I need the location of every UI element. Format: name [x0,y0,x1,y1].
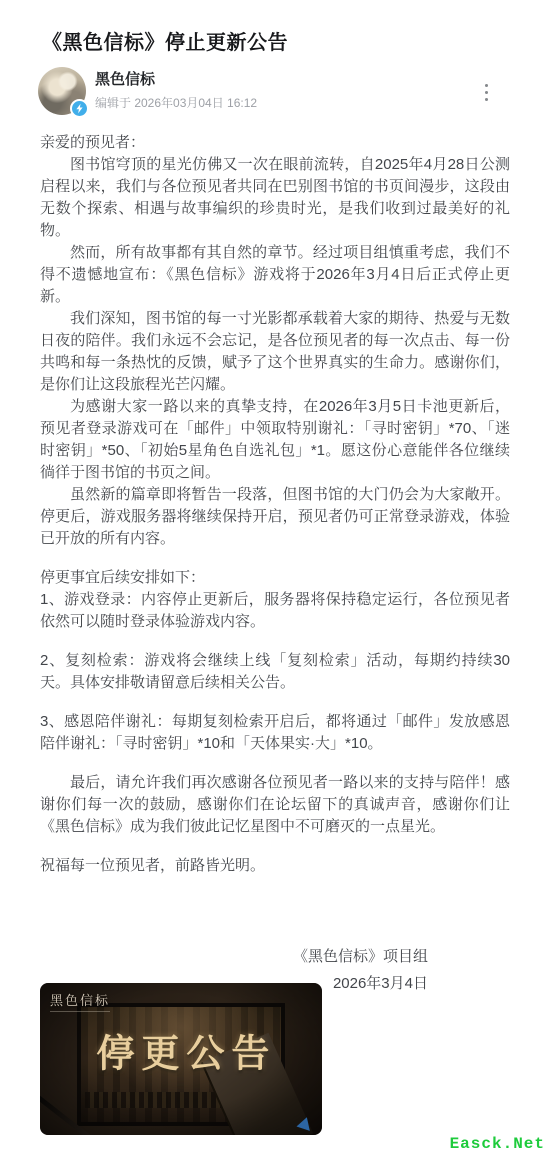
paragraph: 为感谢大家一路以来的真挚支持，在2026年3月5日卡池更新后，预见者登录游戏可在… [40,396,510,484]
kebab-dot [485,84,488,87]
paragraph: 图书馆穹顶的星光仿佛又一次在眼前流转，自2025年4月28日公测启程以来，我们与… [40,154,510,242]
author-row: 黑色信标 编辑于 2026年03月04日 16:12 [38,66,510,116]
paragraph: 亲爱的预见者： [40,132,510,154]
paragraph: 我们深知，图书馆的每一寸光影都承载着大家的期待、热爱与无数日夜的陪伴。我们永远不… [40,308,510,396]
kebab-dot [485,91,488,94]
edit-timestamp: 编辑于 2026年03月04日 16:12 [95,94,510,111]
banner-game-logo: 黑色信标 [50,990,110,1012]
signature-team: 《黑色信标》项目组 [0,943,428,970]
author-info: 黑色信标 编辑于 2026年03月04日 16:12 [95,71,510,111]
paragraph: 3、感恩陪伴谢礼：每期复刻检索开启后，都将通过「邮件」发放感恩陪伴谢礼：「寻时密… [40,711,510,755]
paragraph: 然而，所有故事都有其自然的章节。经过项目组慎重考虑，我们不得不遗憾地宣布：《黑色… [40,242,510,308]
paragraph: 祝福每一位预见者，前路皆光明。 [40,855,510,877]
post-body: 亲爱的预见者：图书馆穹顶的星光仿佛又一次在眼前流转，自2025年4月28日公测启… [0,116,550,877]
watermark: Easck.Net [450,1135,545,1153]
announcement-banner-image[interactable]: 黑色信标 停更公告 [40,983,322,1135]
post-page: 《黑色信标》停止更新公告 黑色信标 编辑于 2026年03月04日 16:12 … [0,0,550,1156]
paragraph: 1、游戏登录：内容停止更新后，服务器将保持稳定运行，各位预见者依然可以随时登录体… [40,589,510,633]
kebab-dot [485,98,488,101]
paragraph: 停更事宜后续安排如下： [40,567,510,589]
paragraph: 2、复刻检索：游戏将会继续上线「复刻检索」活动，每期约持续30天。具体安排敬请留… [40,650,510,694]
blank-line [40,838,510,855]
blank-line [40,755,510,772]
page-title: 《黑色信标》停止更新公告 [0,0,550,56]
blank-line [40,694,510,711]
avatar[interactable] [38,67,86,115]
banner-title-text: 停更公告 [96,1022,276,1077]
more-menu-button[interactable] [479,80,494,105]
paragraph: 虽然新的篇章即将暂告一段落，但图书馆的大门仍会为大家敞开。停更后，游戏服务器将继… [40,484,510,550]
verified-badge-icon [70,99,89,118]
lightning-icon [74,103,85,114]
paragraph: 最后，请允许我们再次感谢各位预见者一路以来的支持与陪伴！感谢你们每一次的鼓励，感… [40,772,510,838]
author-name[interactable]: 黑色信标 [95,71,510,89]
blank-line [40,633,510,650]
blank-line [40,550,510,567]
